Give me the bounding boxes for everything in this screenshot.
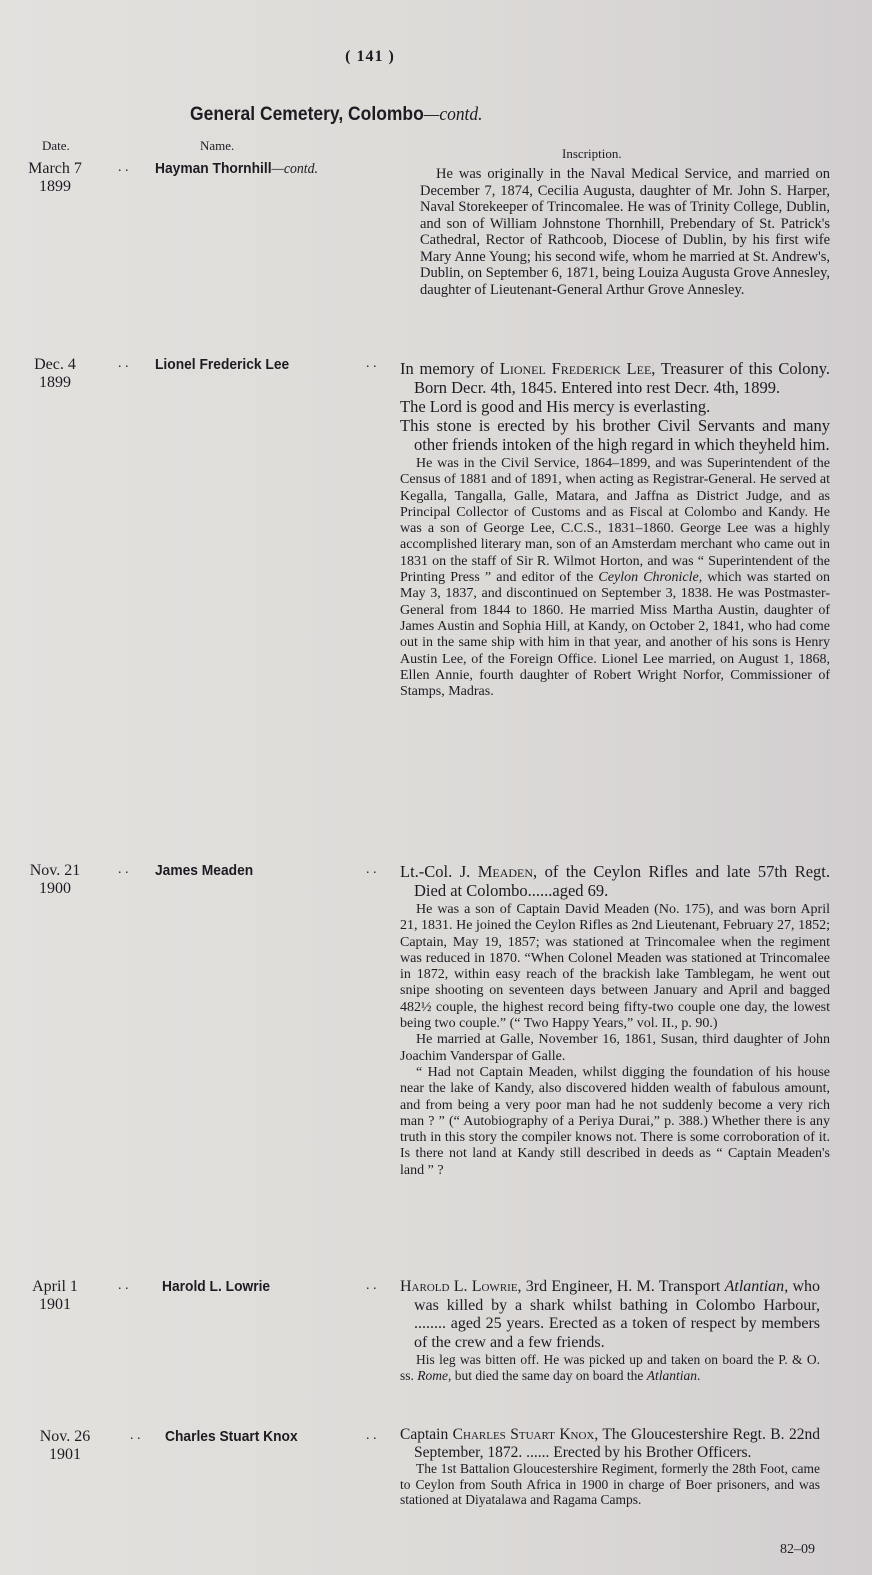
entry-date: Nov. 211900: [10, 862, 100, 898]
name-text: Hayman Thornhill: [155, 160, 272, 177]
note-paragraph: He was a son of Captain David Meaden (No…: [400, 902, 830, 1032]
date-year: 1901: [10, 1296, 100, 1314]
date-year: 1899: [10, 178, 100, 196]
inscription-line: In memory of Lionel Frederick Lee, Treas…: [400, 359, 830, 397]
inscription-line: The Lord is good and His mercy is everla…: [400, 397, 830, 416]
entry-name: James Meaden: [155, 862, 253, 879]
column-header-name: Name.: [200, 138, 234, 154]
entry-name: Lionel Frederick Lee: [155, 356, 289, 373]
date-year: 1899: [10, 374, 100, 392]
note-paragraph: He married at Galle, November 16, 1861, …: [400, 1032, 830, 1065]
entry-name: Hayman Thornhill—contd.: [155, 160, 318, 178]
note-paragraph: He was in the Civil Service, 1864–1899, …: [400, 456, 830, 700]
entry-inscription: Harold L. Lowrie, 3rd Engineer, H. M. Tr…: [400, 1278, 820, 1384]
date-day: April 1: [10, 1278, 100, 1296]
leader-dots: . .: [366, 356, 377, 372]
leader-dots: . .: [366, 1428, 377, 1444]
column-header-inscription: Inscription.: [562, 146, 622, 162]
inscription-line: Harold L. Lowrie, 3rd Engineer, H. M. Tr…: [400, 1278, 820, 1352]
name-suffix: —contd.: [272, 161, 318, 177]
date-year: 1901: [20, 1446, 110, 1464]
inscription-line: Lt.-Col. J. Meaden, of the Ceylon Rifles…: [400, 862, 830, 900]
date-day: Nov. 21: [10, 862, 100, 880]
date-day: Dec. 4: [10, 356, 100, 374]
entry-date: March 71899: [10, 160, 100, 196]
leader-dots: . .: [118, 862, 129, 878]
entry-date: April 11901: [10, 1278, 100, 1314]
leader-dots: . .: [118, 160, 129, 176]
entry-inscription: Captain Charles Stuart Knox, The Glouces…: [400, 1426, 820, 1508]
inscription-line: Captain Charles Stuart Knox, The Glouces…: [400, 1426, 820, 1461]
entry-name: Charles Stuart Knox: [165, 1428, 298, 1445]
entry-date: Dec. 41899: [10, 356, 100, 392]
entry-date: Nov. 261901: [20, 1428, 110, 1464]
column-header-date: Date.: [42, 138, 70, 154]
inscription-line: This stone is erected by his brother Civ…: [400, 416, 830, 454]
date-day: March 7: [10, 160, 100, 178]
footer-signature: 82–09: [780, 1542, 815, 1558]
date-year: 1900: [10, 880, 100, 898]
entry-inscription: Lt.-Col. J. Meaden, of the Ceylon Rifles…: [400, 862, 830, 1179]
leader-dots: . .: [118, 1278, 129, 1294]
entry-inscription: He was originally in the Naval Medical S…: [420, 166, 830, 298]
page-number: ( 141 ): [0, 48, 740, 66]
date-day: Nov. 26: [20, 1428, 110, 1446]
leader-dots: . .: [130, 1428, 141, 1444]
entry-inscription: In memory of Lionel Frederick Lee, Treas…: [400, 359, 830, 700]
note-paragraph: The 1st Battalion Gloucestershire Regime…: [400, 1461, 820, 1508]
note-paragraph: His leg was bitten off. He was picked up…: [400, 1352, 820, 1384]
leader-dots: . .: [118, 356, 129, 372]
note-paragraph: “ Had not Captain Meaden, whilst digging…: [400, 1065, 830, 1179]
leader-dots: . .: [366, 1278, 377, 1294]
page-title-suffix: —contd.: [424, 104, 483, 125]
page-title: General Cemetery, Colombo—contd.: [190, 104, 483, 126]
leader-dots: . .: [366, 862, 377, 878]
entry-name: Harold L. Lowrie: [162, 1278, 270, 1295]
page-title-text: General Cemetery, Colombo: [190, 104, 424, 125]
note-paragraph: He was originally in the Naval Medical S…: [420, 166, 830, 298]
